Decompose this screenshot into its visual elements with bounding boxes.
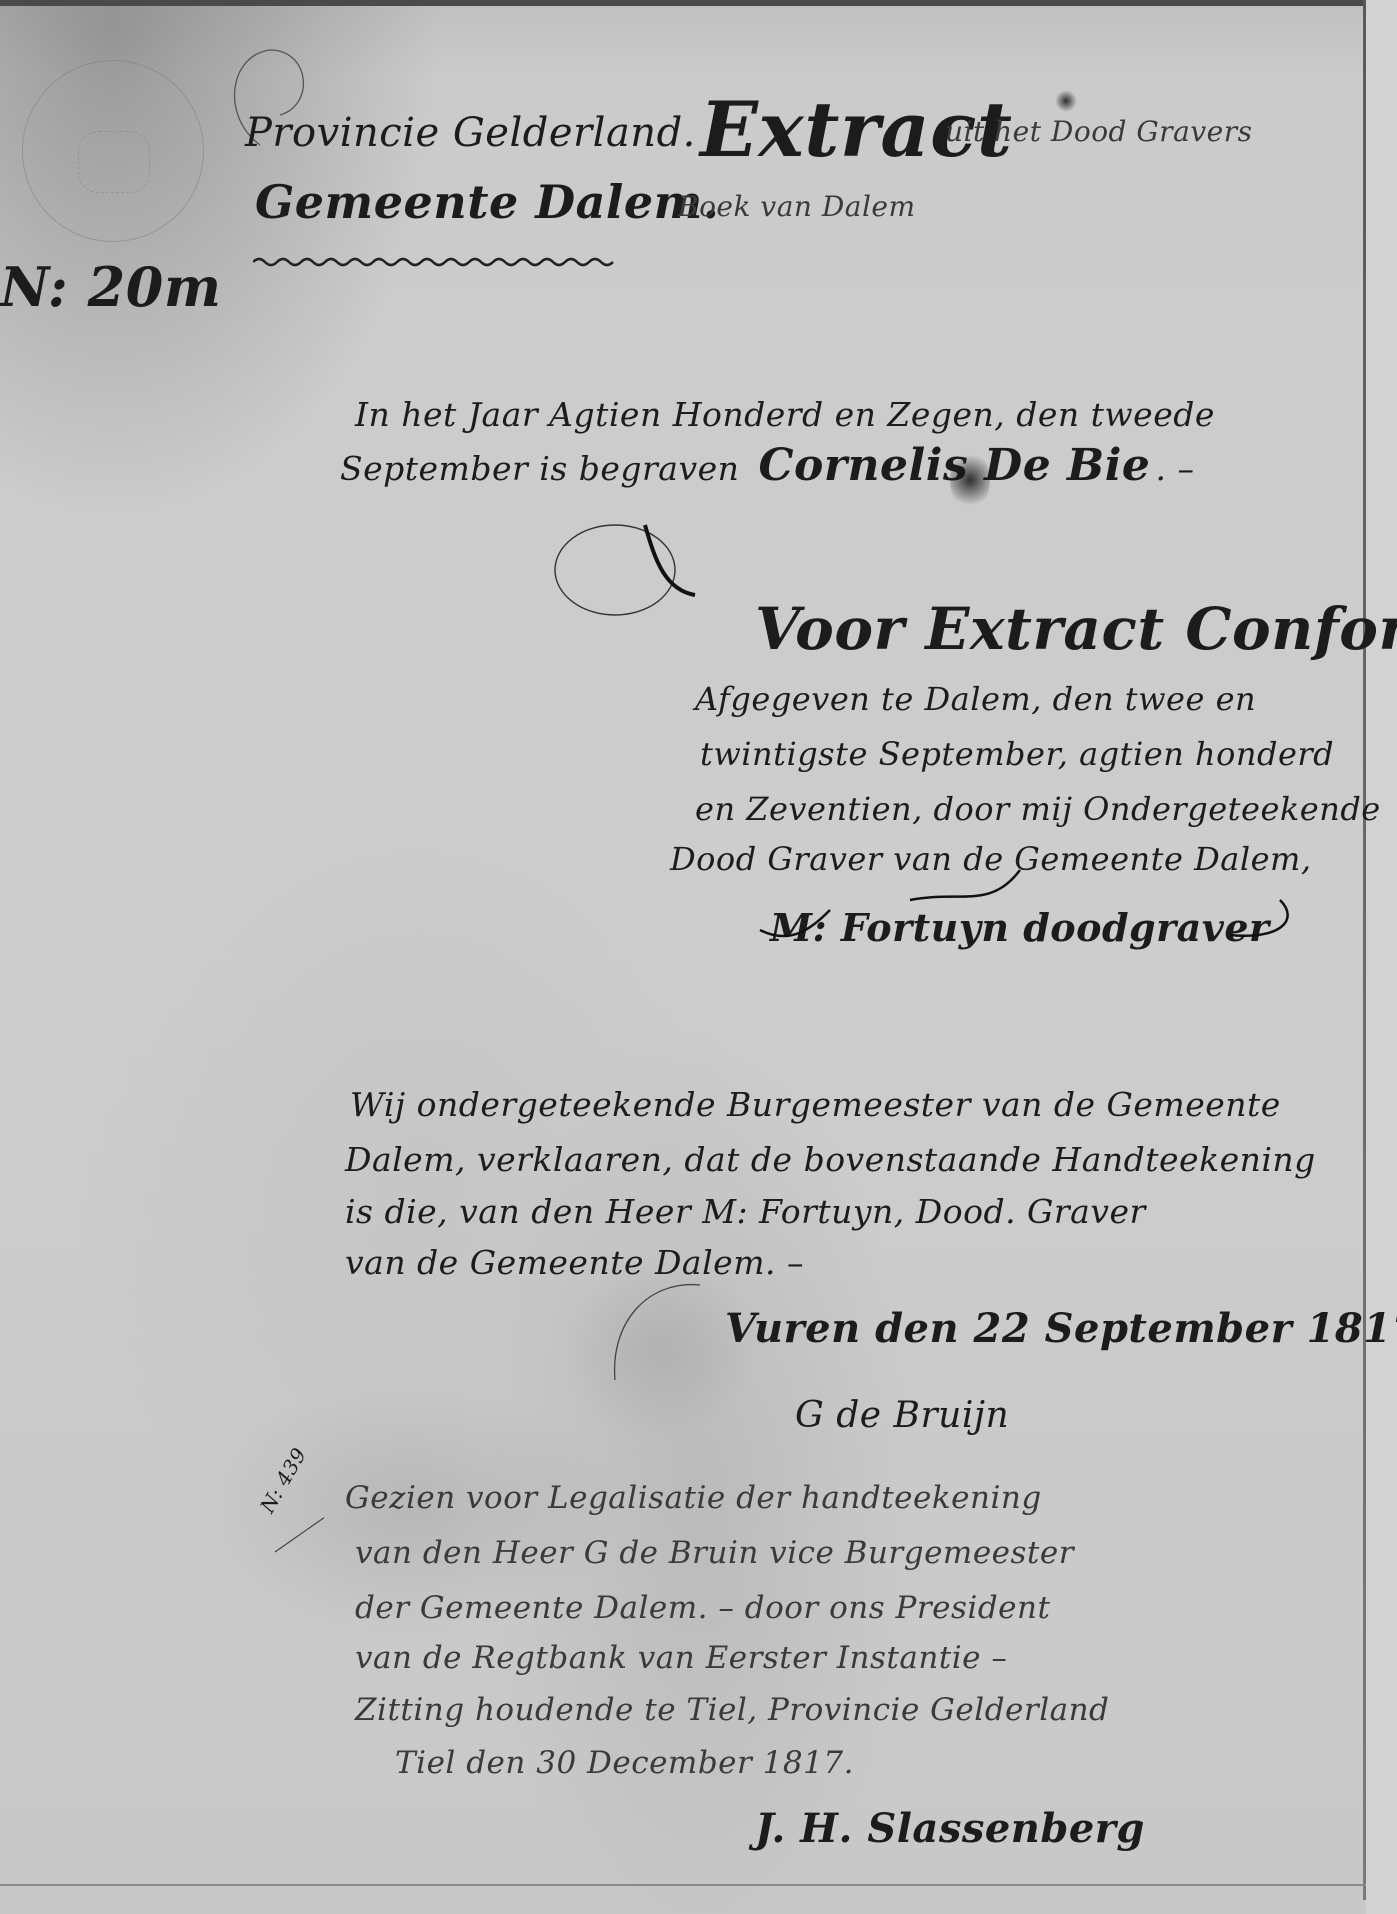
mayor-place-date: Vuren den 22 September 1817 [725, 1305, 1397, 1352]
declaration-line-2: Dalem, verklaaren, dat de bovenstaande H… [345, 1140, 1316, 1179]
declaration-line-3: is die, van den Heer M: Fortuyn, Dood. G… [345, 1192, 1146, 1231]
page-top-edge [0, 0, 1397, 6]
president-signature: J. H. Slassenberg [755, 1805, 1145, 1852]
signature-flourish-icon [760, 870, 1320, 950]
province-label: Provincie Gelderland. [245, 110, 696, 156]
declaration-line-4: van de Gemeente Dalem. – [345, 1243, 804, 1282]
capital-v-flourish-icon [545, 520, 765, 630]
entry-line-2-prefix: September is begraven [340, 449, 739, 488]
certification-line-3: en Zeventien, door mij Ondergeteekende [695, 790, 1381, 828]
declaration-line-1: Wij ondergeteekende Burgemeester van de … [350, 1085, 1281, 1124]
entry-line-2-suffix: . – [1156, 449, 1195, 488]
ink-blot [950, 450, 990, 510]
legalisation-line-5: Zitting houdende te Tiel, Provincie Geld… [355, 1692, 1109, 1728]
legalisation-line-2: van den Heer G de Bruin vice Burgemeeste… [355, 1535, 1074, 1571]
legalisation-line-1: Gezien voor Legalisatie der handteekenin… [345, 1480, 1042, 1516]
entry-line-1: In het Jaar Agtien Honderd en Zegen, den… [355, 395, 1215, 434]
legalisation-line-4: van de Regtbank van Eerster Instantie – [355, 1640, 1007, 1676]
title-continuation-line2: Boek van Dalem [678, 190, 916, 223]
wavy-underline-icon [253, 255, 615, 269]
adjacent-page-strip [1366, 0, 1397, 1914]
municipality-label: Gemeente Dalem. [255, 175, 719, 229]
page-bottom-edge [0, 1884, 1366, 1886]
legalisation-line-3: der Gemeente Dalem. – door ons President [355, 1590, 1050, 1626]
embossed-seal-icon [22, 60, 204, 242]
register-number: N: 20m [0, 255, 221, 319]
capital-v-flourish-icon [600, 1280, 710, 1390]
certification-line-1: Afgegeven te Dalem, den twee en [695, 680, 1256, 718]
document-page: Provincie Gelderland. Gemeente Dalem. Ex… [0, 0, 1397, 1914]
mayor-signature: G de Bruijn [795, 1395, 1009, 1436]
certification-heading: Voor Extract Conform [755, 595, 1397, 663]
certification-line-2: twintigste September, agtien honderd [700, 735, 1334, 773]
legalisation-line-6: Tiel den 30 December 1817. [395, 1745, 854, 1781]
seal-crest-icon [78, 131, 150, 193]
title-continuation-line1: uit het Dood Gravers [945, 115, 1252, 148]
ink-blot [1055, 90, 1077, 112]
entry-line-2: September is begraven Cornelis De Bie . … [340, 440, 1195, 491]
